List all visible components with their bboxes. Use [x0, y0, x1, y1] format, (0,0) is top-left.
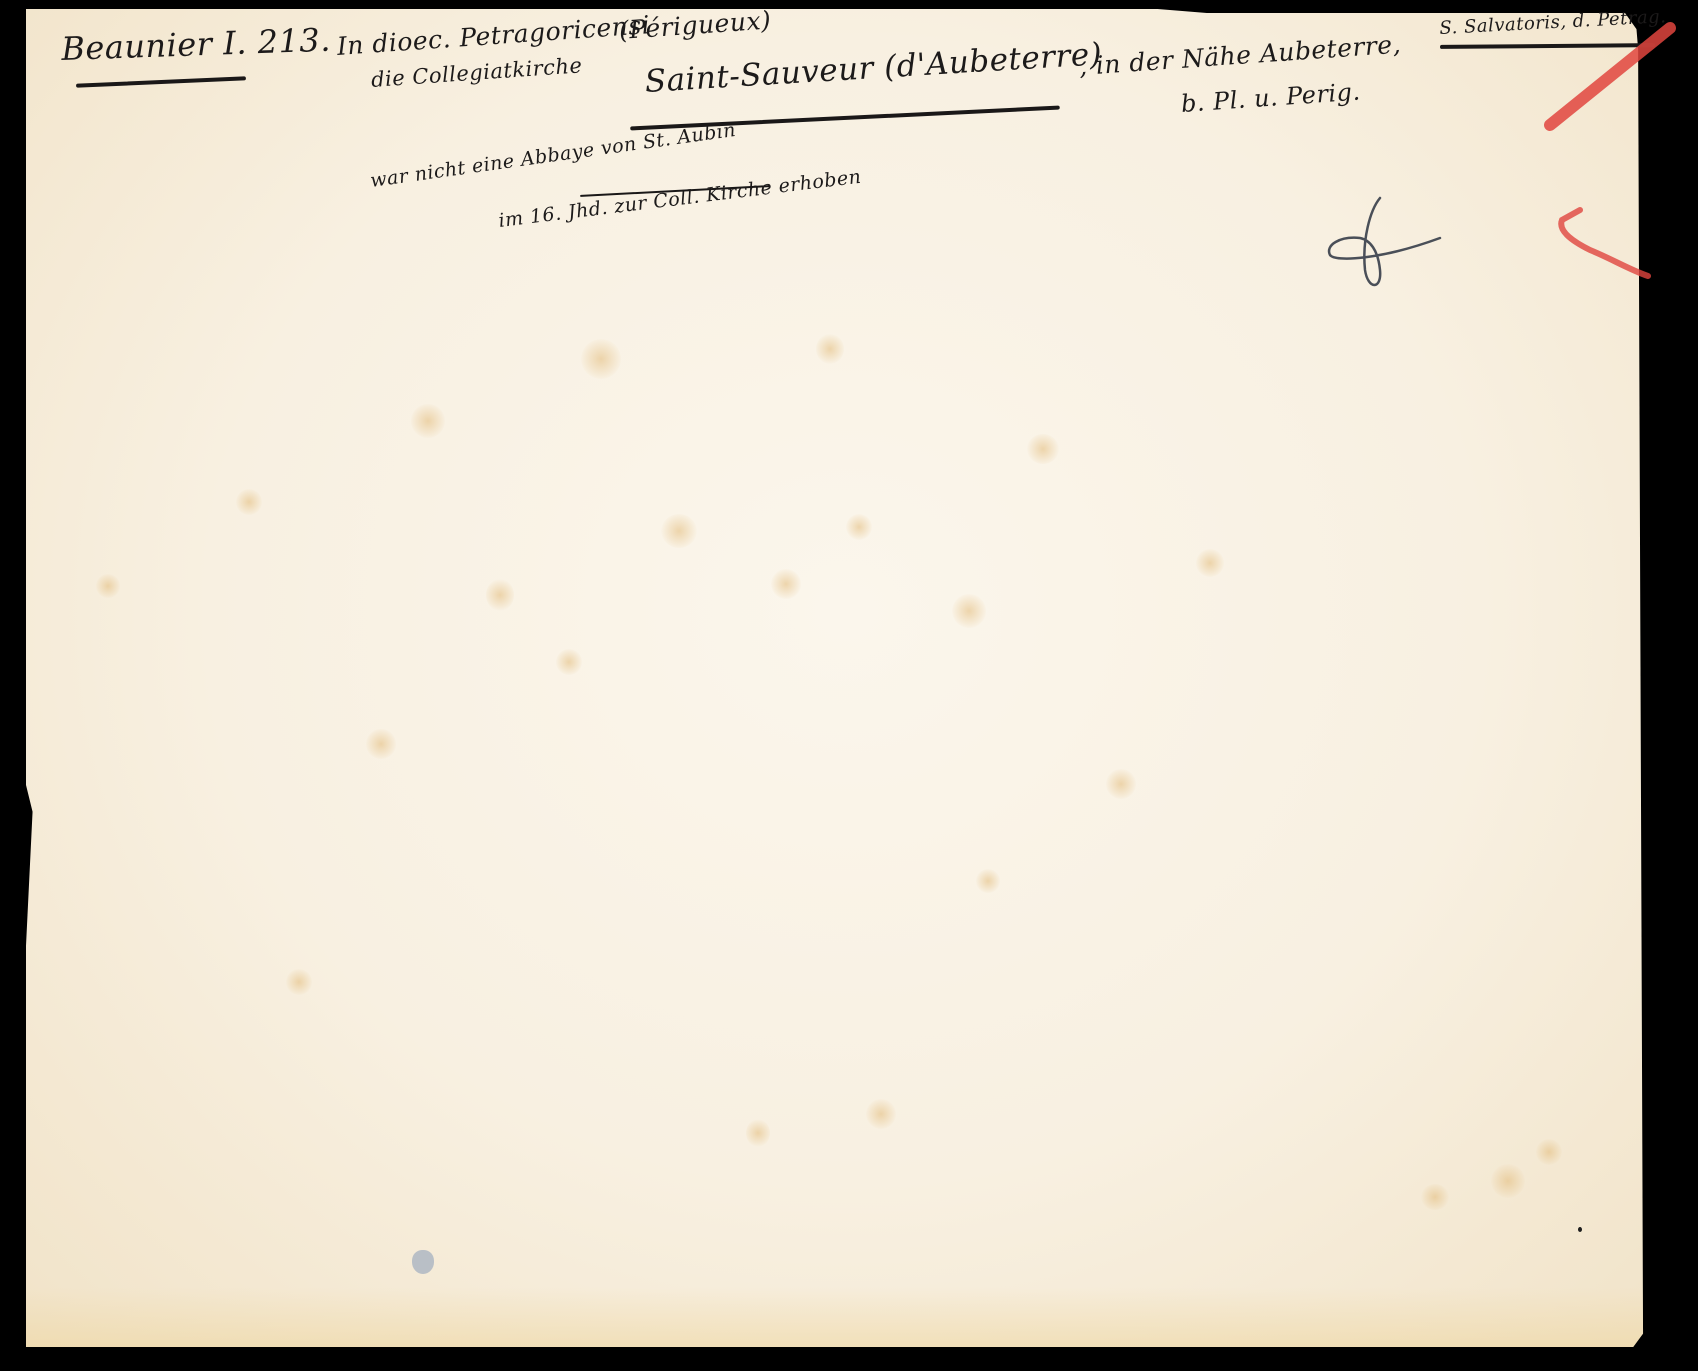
foxing-stain: [746, 1119, 770, 1147]
foxing-stain: [1491, 1164, 1525, 1198]
foxing-stain: [1536, 1139, 1562, 1165]
ink-dot: [1578, 1227, 1582, 1232]
foxing-stain: [846, 514, 872, 540]
pencil-mark-icon: [1320, 190, 1460, 300]
foxing-stain: [581, 339, 621, 379]
foxing-stain: [771, 569, 801, 599]
red-hook-icon: [1550, 200, 1660, 290]
foxing-stain: [556, 649, 582, 675]
foxing-stain: [486, 579, 514, 611]
foxing-stain: [816, 334, 844, 364]
foxing-stain: [366, 729, 396, 759]
foxing-stain: [1106, 769, 1136, 799]
foxing-stain: [286, 969, 312, 995]
foxing-stain: [96, 574, 120, 598]
red-slash-icon: [1530, 20, 1680, 130]
foxing-stain: [1027, 434, 1059, 464]
foxing-stain: [866, 1099, 896, 1129]
foxing-stain: [1196, 549, 1224, 577]
foxing-stain: [1421, 1184, 1449, 1210]
foxing-stain: [411, 404, 445, 438]
foxing-stain: [976, 869, 1000, 893]
foxing-stain: [952, 594, 986, 628]
foxing-stain: [661, 514, 697, 548]
ink-blot: [412, 1250, 434, 1274]
foxing-stain: [236, 489, 262, 515]
